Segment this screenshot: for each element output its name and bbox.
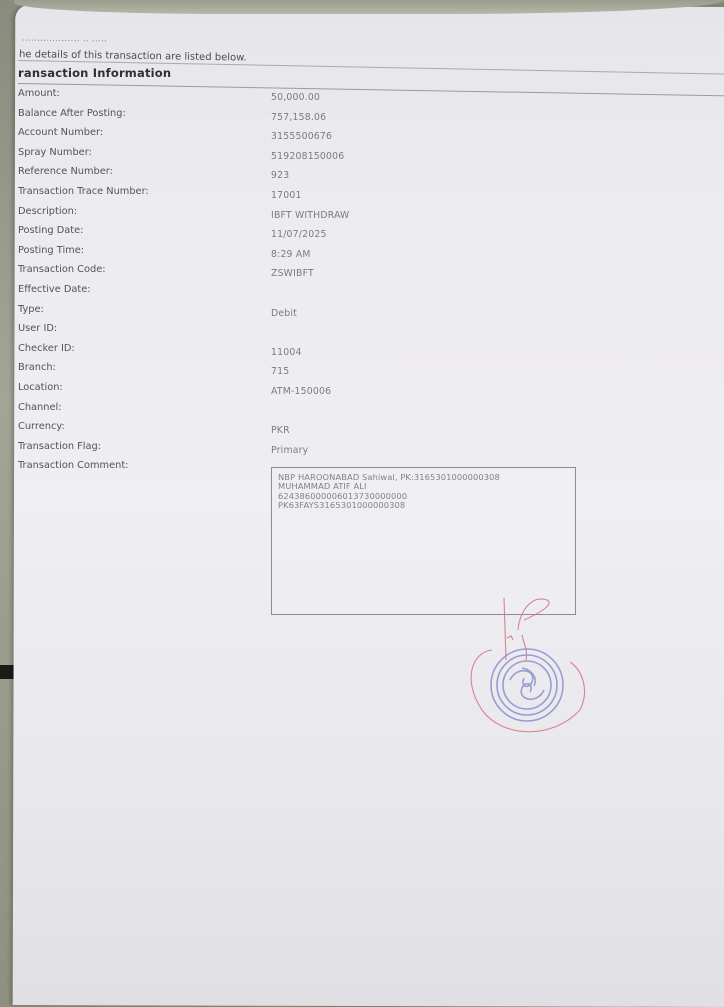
field-value: 8:29 AM	[271, 249, 311, 260]
field-label: User ID:	[18, 323, 57, 334]
stamp-and-signature	[462, 590, 592, 740]
field-value: PKR	[271, 425, 290, 436]
field-row: Channel:	[18, 402, 578, 422]
field-label: Balance After Posting:	[18, 108, 126, 119]
field-label: Account Number:	[18, 127, 103, 138]
field-value: 11004	[271, 347, 302, 358]
stamp-icon	[491, 649, 563, 721]
field-row: Balance After Posting:757,158.06	[18, 108, 578, 128]
field-label: Checker ID:	[18, 343, 75, 354]
field-label: Transaction Code:	[18, 264, 106, 275]
field-row: Currency:PKR	[18, 421, 578, 441]
field-label: Effective Date:	[18, 284, 91, 295]
field-row: Amount:50,000.00	[18, 88, 578, 108]
field-value: 715	[271, 366, 289, 377]
field-row: Type:Debit	[18, 304, 578, 324]
field-value: 923	[271, 170, 289, 181]
field-label: Branch:	[18, 362, 56, 373]
field-row: Branch:715	[18, 362, 578, 382]
field-row: Posting Time:8:29 AM	[18, 245, 578, 265]
field-row: Account Number:3155500676	[18, 127, 578, 147]
field-value: 519208150006	[271, 151, 344, 162]
field-value: 11/07/2025	[271, 229, 327, 240]
field-label: Amount:	[18, 88, 60, 99]
field-label: Spray Number:	[18, 147, 92, 158]
field-label: Description:	[18, 206, 77, 217]
field-label: Location:	[18, 382, 63, 393]
field-row: Transaction Trace Number:17001	[18, 186, 578, 206]
field-label: Currency:	[18, 421, 65, 432]
field-row: Transaction Flag:Primary	[18, 441, 578, 461]
field-label: Posting Date:	[18, 225, 83, 236]
field-label: Channel:	[18, 402, 62, 413]
field-value: 50,000.00	[271, 92, 320, 103]
field-row: User ID:	[18, 323, 578, 343]
field-value: ZSWIBFT	[271, 268, 314, 279]
field-label: Reference Number:	[18, 166, 113, 177]
field-label: Transaction Flag:	[18, 441, 101, 452]
field-label: Transaction Trace Number:	[18, 186, 149, 197]
binder-clip	[0, 665, 14, 679]
field-row: Checker ID:11004	[18, 343, 578, 363]
field-value: Debit	[271, 308, 297, 319]
field-row: Effective Date:	[18, 284, 578, 304]
section-title: ransaction Information	[18, 66, 171, 80]
field-value: IBFT WITHDRAW	[271, 210, 349, 221]
faded-header-text: ................... .. .....	[22, 34, 107, 44]
signature-icon	[471, 598, 584, 732]
field-label: Type:	[18, 304, 44, 315]
field-row: Spray Number:519208150006	[18, 147, 578, 167]
transaction-fields: Amount:50,000.00Balance After Posting:75…	[18, 88, 578, 480]
field-value: 757,158.06	[271, 112, 326, 123]
field-value: 3155500676	[271, 131, 332, 142]
field-row: Description:IBFT WITHDRAW	[18, 206, 578, 226]
field-row: Reference Number:923	[18, 166, 578, 186]
field-row: Location:ATM-150006	[18, 382, 578, 402]
field-label: Posting Time:	[18, 245, 84, 256]
field-row: Posting Date:11/07/2025	[18, 225, 578, 245]
field-value: Primary	[271, 445, 308, 456]
field-label: Transaction Comment:	[18, 460, 128, 471]
field-value: 17001	[271, 190, 302, 201]
field-row: Transaction Code:ZSWIBFT	[18, 264, 578, 284]
field-value: ATM-150006	[271, 386, 331, 397]
comment-line: PK63FAYS3165301000000308	[278, 501, 569, 510]
